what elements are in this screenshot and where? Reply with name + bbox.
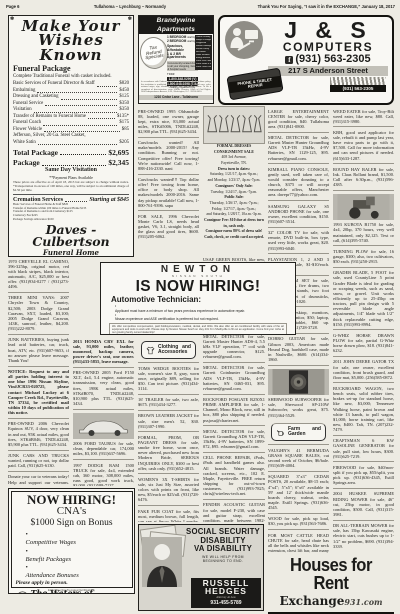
ad-text: Cars/trucks wanted!!! Top dollar offer! … — [138, 177, 199, 208]
classified-ad: FIREWOOD for sale, $40/non-split if you … — [333, 461, 394, 488]
ad-text: KIMBALL PIANO CONSOLE, gently used, well… — [268, 167, 329, 198]
classified-ad: FAKE FUR COAT for sale, fits most, mediu… — [138, 505, 199, 522]
tshirt-icon — [146, 346, 155, 355]
classified-ad: Applicant must have a minimum of two yea… — [115, 304, 285, 313]
ad-text: FREE Trash Pickup — [196, 66, 211, 69]
equal-housing-icon — [205, 100, 211, 104]
logo-mark — [330, 77, 386, 85]
classified-ad: 2004 HUSKEE SUPREME RIDING MOWER for sal… — [333, 488, 394, 520]
classified-ad: METAL DETECTOR for sale, Garrett Groundh… — [203, 425, 265, 452]
same-day-visitation: Same Day Visitation — [13, 167, 129, 175]
ad-text: G-WHIZ HORSE DRAWN PLOW for sale, partia… — [333, 333, 394, 354]
classified-ad: JUNK CARS AND TRUCKS wanted, running or … — [8, 450, 69, 471]
classified-ad: FOR SALE, 1996 Chevrolet Monte Carlo LS,… — [138, 210, 199, 242]
cna-headline: NOW HIRING! — [16, 493, 128, 507]
classified-ad: ROUND HAY BALER for sale, Ink. Claas Rol… — [333, 163, 394, 190]
newton-position: Automotive Technician: — [101, 295, 295, 305]
classified-column-6: WEED EATER for sale, Troy-Bilt weed eate… — [333, 106, 394, 550]
ad-text: 32" COLOR TV for sale, with remote, DVD … — [268, 230, 329, 251]
cna-benefits: Competitive WagesBenefit PackagesAttenda… — [16, 531, 128, 580]
tractor-photo — [333, 194, 394, 220]
ad-text: THREE MINI VANS: 2007 Chrysler Town & Co… — [8, 295, 69, 331]
js-address: 217 S Anderson Street — [268, 66, 388, 76]
classified-column-2: 2013 HONDA CRV EXL for sale, 93,000 mile… — [73, 336, 134, 486]
ad-text: VAUGHN'S 41 BERMUDA GRASS SQUARE BALES, … — [268, 448, 329, 469]
classified-ad: DR ALL-TERRAIN MOWER for sale, has 15hp … — [333, 520, 394, 550]
classified-ad: Attendance Bonuses — [26, 564, 128, 580]
section-header-clothing: Clothing and Accessories — [141, 341, 196, 359]
ad-text: 2004 HUSKEE SUPREME RIDING MOWER for sal… — [333, 491, 394, 517]
classified-ad: GRADER BLADE, 5 FOOT for sale, used Coun… — [333, 267, 394, 330]
ad-text: Cash, check, or credit card accepted. — [203, 235, 265, 241]
classified-column-3-upper: PRE-OWNED 1995 Oldsmobile 88, loaded, on… — [138, 106, 199, 258]
ad-text: FENDER ACOUSTIC GUITAR for sale, model F… — [203, 502, 265, 522]
watering-can-icon — [276, 428, 285, 437]
ad-text: Attendance Bonuses — [26, 572, 128, 580]
houses-for-rent-banner: Houses for Rent Exchange931.com — [268, 556, 394, 614]
classified-ad: KBH, good used applicator for sale, rebu… — [333, 126, 394, 163]
ad-text: BUCKBOARD WAGON, two bench seats, solid … — [333, 386, 394, 432]
section-header-farm: Farm and Garden — [271, 423, 326, 441]
ad-text: NOTICE: Request to any and all parties h… — [8, 369, 69, 415]
classified-ad: 16' TRAILER for sale, two axle, $675. (9… — [138, 394, 199, 410]
ad-text: JUNK BATTERIES, buying junk lead acid ba… — [8, 337, 69, 363]
classified-ad: CRAFTSMAN 6 KW GASOLINE GENERATOR for sa… — [333, 435, 394, 462]
attorney-name-box: RUSSELL HEDGES Attorney At Law 931-455-5… — [191, 578, 261, 608]
ad-text: FAKE FUR COAT for sale, fits most, mediu… — [138, 509, 199, 522]
classified-ad: FREE Trash Pickup — [196, 66, 211, 69]
payment-plans: **Payment Plans Available — [13, 175, 129, 180]
spacious-tagline: Spacious, Affordable 1 & 2 BR Apartments — [167, 45, 198, 61]
js-phone: (931) 563-2305 — [295, 53, 370, 66]
ad-text: and Monday, 1/23/17, 4p.m.-7p.m. — [203, 178, 265, 184]
classified-ad: Competitive Wages — [26, 531, 128, 547]
ad-text: Donate your car to veterans today! Help … — [8, 474, 69, 486]
ad-text: METAL DETECTOR for sale, Garrett Coinhun… — [203, 365, 265, 391]
js-footer-phone: (931) 563-2305 — [330, 85, 386, 92]
ad-text: 1970 CHEVELLE EL CAMINO, 396-325hp, orig… — [8, 259, 69, 290]
ad-text: 1997 DODGE RAM 1500 TRUCK for sale, 4x4,… — [73, 463, 134, 486]
dress-consignment-ad: FORMAL DRESSESCONSIGNMENT SALE408 3rd Av… — [203, 106, 265, 252]
classified-ad: ROCKFORD FOSGATE R250X1 PRIME AMPLIFIER … — [203, 394, 265, 426]
dresses-illustration — [203, 106, 265, 144]
dress-sale-schedule: FORMAL DRESSESCONSIGNMENT SALE408 3rd Av… — [203, 144, 265, 241]
classified-ad: JUNK BATTERIES, buying junk lead acid ba… — [8, 334, 69, 366]
wheelchair-icon — [197, 100, 203, 104]
newspaper-page: Page 6 Tullahoma – Lynchburg – Normandy … — [0, 0, 400, 614]
tdd-phone-v: 1-800-848-0299 (V) — [167, 77, 198, 81]
ad-text: LARGE ENTERTAINMENT CENTER for sale, che… — [268, 109, 329, 130]
ad-text: KBH, good used applicator for sale, rebu… — [333, 130, 394, 161]
classified-ad: 2013 HONDA CRV EXL for sale, 93,000 mile… — [73, 336, 134, 367]
ad-text: 2006 FORD TAURUS for sale, clean, depend… — [73, 441, 134, 456]
classified-ad: BROWN LEATHER JACKET for sale, size men'… — [138, 410, 199, 431]
classified-ad: 1997 DODGE RAM 1500 TRUCK for sale, 4x4,… — [73, 459, 134, 486]
funeral-home-ad: ✽ ✽ Make Your Wishes Known Funeral Packa… — [8, 15, 134, 257]
price-row: White Satin$205 — [13, 140, 129, 146]
ad-text: Cars/trucks wanted! All make/models 2000… — [138, 140, 199, 171]
location-tagline: Conveniently located close to all your s… — [167, 61, 198, 71]
classified-ad: PRE-OWNED 2006 Chevrolet Equinox SUV, 4 … — [8, 418, 69, 450]
ad-text: FORMAL, PROM, OR PAGEANT DRESS for sale,… — [138, 435, 199, 471]
funeral-price-list: Basic Services of Funeral Director & Sta… — [13, 81, 129, 146]
package-row: Package $2,345 — [13, 158, 129, 167]
ss-line3: VA DISABILITY — [183, 545, 263, 554]
classified-ad: 2011 JOHN DEERE GATOR TX for sale, one o… — [333, 356, 394, 383]
hearing-impaired-note: hearing impaired only — [167, 86, 198, 89]
brandywine-apartments-ad: Brandywine Apartments Tax Refund Special… — [138, 15, 214, 104]
ad-text: DOBRO GUITAR for sale, Gibson 2003, Amer… — [268, 336, 329, 362]
classified-ad: Cars/trucks wanted!!! Top dollar offer! … — [138, 174, 199, 211]
cna-position: CNA's — [16, 506, 128, 518]
newton-requirements: Applicant must have a minimum of two yea… — [101, 304, 295, 321]
funeral-package-heading: Funeral Package — [13, 64, 129, 74]
ad-text: Consignor Fee: $10 due at dress turn in,… — [203, 218, 265, 229]
classified-ad: METAL DETECTOR for sale, Garrett Coinhun… — [203, 362, 265, 394]
ad-text: TURNING PLOW for sale, 16 gauge, $300; a… — [333, 249, 394, 264]
brandywine-title: Brandywine Apartments — [139, 16, 213, 34]
ad-text: 2013 HONDA CRV EXL for sale, 93,000 mile… — [73, 339, 134, 365]
classified-ad: 1970 CHEVELLE EL CAMINO, 396-325hp, orig… — [8, 256, 69, 292]
ad-text: CELL PHONE REPAIR, iPods, iPads and hand… — [203, 455, 265, 496]
subwoofer-photo — [268, 369, 329, 395]
classified-ad: and Monday, 1/23/17, 4p.m.-7p.m. — [203, 178, 265, 184]
classified-ad: TURNING PLOW for sale, 16 gauge, $300; a… — [333, 245, 394, 266]
funeral-fine-print: These prices are effective as of April 1… — [13, 181, 129, 193]
repair-logo: (931) 563-2305 — [330, 77, 386, 92]
classified-ad: Benefit Packages — [26, 548, 128, 564]
classified-ad: FOR MOST CATTLE HEAD CHUTE for sale, hea… — [268, 529, 329, 554]
funeral-home-name: Daves - Culbertson — [13, 224, 129, 249]
ad-text: PRE-OWNED 1995 Oldsmobile 88, loaded, on… — [138, 109, 199, 135]
classified-ad: BUCKBOARD WAGON, two bench seats, solid … — [333, 382, 394, 434]
ad-text: Nissan experience and ASE certification … — [115, 317, 285, 321]
newton-fine-print: We offer competitive compensation, paid … — [109, 323, 287, 335]
page-region: Tullahoma – Lynchburg – Normandy — [0, 0, 260, 13]
ad-text: Benefit Packages — [26, 556, 128, 564]
houses-title: Houses for Rent — [273, 556, 389, 592]
ad-text: Thursday, 1/26/17, 4p.m.-7p.m.; — [203, 201, 265, 207]
classified-ad: KIMBALL PIANO CONSOLE, gently used, well… — [268, 163, 329, 200]
cna-hiring-ad: NOW HIRING! CNA's $1000 Sign on Bonus Co… — [8, 488, 135, 594]
ss-tagline: WE WILL HELP FROM BEGINNING TO END. — [183, 555, 263, 564]
classified-ad: WOMEN'S 3X T-SHIRTS for sale, six Just M… — [138, 473, 199, 505]
ad-text: METAL DETECTOR for sale, Garrett Master … — [268, 135, 329, 161]
flourish-icon: ✽ — [10, 16, 14, 22]
ad-text: METAL DETECTOR for sale, Garrett Groundh… — [203, 429, 265, 450]
newton-headline: IS NOW HIRING! — [101, 279, 295, 295]
classified-ad: Thursday, 1/26/17, 4p.m.-7p.m.; — [203, 201, 265, 207]
ad-text: WOMEN'S 3X T-SHIRTS for sale, six Just M… — [138, 477, 199, 503]
flourish-icon: ✽ — [128, 16, 132, 22]
page-header: Page 6 Tullahoma – Lynchburg – Normandy … — [0, 0, 400, 13]
ad-text: PRE-OWNED 2005 Ford F150 XLT, 4x4, 5.4 e… — [73, 370, 134, 406]
computer-repair-icon — [224, 20, 264, 76]
classified-ad: Consignor Fee: $10 due at dress turn in,… — [203, 218, 265, 229]
ad-text: WEED EATER for sale, Troy-Bilt weed eate… — [333, 109, 394, 124]
js-name: J & S — [268, 20, 388, 41]
classified-ad: G-WHIZ HORSE DRAWN PLOW for sale, partia… — [333, 329, 394, 356]
attorney-portrait — [142, 537, 182, 587]
classified-ad: Donate your car to veterans today! Help … — [8, 471, 69, 486]
classified-ad: LARGE ENTERTAINMENT CENTER for sale, che… — [268, 106, 329, 132]
classified-ad: Cars/trucks wanted! All make/models 2000… — [138, 137, 199, 174]
classified-ad: Nissan experience and ASE certification … — [115, 313, 285, 322]
classified-ad: WOOD for sale, pick up load, $30, you pi… — [268, 513, 329, 529]
ad-text: TOMS WEDGE BOOTIES for sale, women's siz… — [138, 366, 199, 392]
exchange-logo: Exchange931.com — [268, 592, 394, 610]
classified-column-1: 1970 CHEVELLE EL CAMINO, 396-325hp, orig… — [8, 256, 69, 486]
ad-text: SHERWOOD SUBWOOFER for sale, Sherwood SP… — [268, 397, 329, 418]
funeral-ad-title: Make Your Wishes Known — [13, 19, 129, 62]
ad-text: SQUARED 3"x3" CEDAR POSTS, 20 available,… — [268, 474, 329, 510]
funeral-package-intro: Complete Traditional Funeral with casket… — [13, 74, 129, 79]
ad-text: METAL DETECTOR for sale, Garrett Master … — [203, 334, 265, 360]
page-tagline: Thank You For Saying, “I saw it in the E… — [258, 0, 395, 13]
ad-text: CRAFTSMAN 6 KW GASOLINE GENERATOR for sa… — [333, 438, 394, 459]
ad-text: PRE-OWNED 2006 Chevrolet Equinox SUV, 4 … — [8, 421, 69, 447]
classified-ad: FORMAL, PROM, OR PAGEANT DRESS for sale,… — [138, 431, 199, 473]
ad-text: 1993 KUBOTA B1750 for sale, 4x4, 20hp, 3… — [333, 222, 394, 243]
classified-ad: FENDER ACOUSTIC GUITAR for sale, model F… — [203, 499, 265, 522]
disability-attorney-ad: SOCIAL SECURITY DISABILITY VA DISABILITY… — [138, 524, 264, 611]
classified-ad: SHERWOOD SUBWOOFER for sale, Sherwood SP… — [268, 365, 329, 421]
phone-tablet-repair-banner: PHONE & TABLET REPAIR — [229, 76, 282, 93]
attorney-phone: 931-455-5789 — [191, 600, 261, 607]
ad-text: 2011 JOHN DEERE GATOR TX for sale, one o… — [333, 359, 394, 380]
sedan-photo — [73, 413, 134, 439]
classified-ad: VAUGHN'S 41 BERMUDA GRASS SQUARE BALES, … — [268, 444, 329, 471]
total-package-row: Total Package $2,695 — [13, 148, 129, 157]
ad-text: FOR MOST CATTLE HEAD CHUTE for sale, hea… — [268, 533, 329, 554]
classified-ad: 32" COLOR TV for sale, with remote, DVD … — [268, 227, 329, 254]
js-computers-ad: J & S COMPUTERS f (931) 563-2305 217 S A… — [218, 15, 394, 105]
cna-bonus: $1000 Sign on Bonus — [16, 518, 128, 529]
classified-ad: WEED EATER for sale, Troy-Bilt weed eate… — [333, 106, 394, 126]
classified-ad: NOTICE: Request to any and all parties h… — [8, 366, 69, 418]
tdd-label: TDD#: — [167, 72, 198, 76]
classified-ad: TOMS WEDGE BOOTIES for sale, women's siz… — [138, 362, 199, 394]
classified-ad: 1993 KUBOTA B1750 for sale, 4x4, 20hp, 3… — [333, 190, 394, 246]
balloon-graphic: Tax Refund Specials — [138, 35, 170, 71]
classified-ad: Cash, check, or credit card accepted. — [203, 235, 265, 241]
classified-ad: THREE MINI VANS: 2007 Chrysler Town & Co… — [8, 292, 69, 334]
newton-nissan-hiring-ad: NEWTON NISSAN SOUTH IS NOW HIRING! Autom… — [100, 262, 296, 335]
facebook-icon: f — [285, 56, 293, 64]
cremation-fine-print: Basic Services of Funeral Home & Staff $… — [13, 203, 129, 222]
classified-ad: SQUARED 3"x3" CEDAR POSTS, 20 available,… — [268, 471, 329, 513]
ad-text: ROUND HAY BALER for sale, Ink. Claas Rol… — [333, 167, 394, 188]
swan-logo-icon — [16, 591, 29, 594]
classified-ad: METAL DETECTOR for sale, Garrett Master … — [268, 132, 329, 164]
ad-text: 16' TRAILER for sale, two axle, $675. (9… — [138, 397, 199, 407]
classified-column-3-lower: Clothing and AccessoriesTOMS WEDGE BOOTI… — [138, 338, 199, 522]
classified-ad: PRE-OWNED 1995 Oldsmobile 88, loaded, on… — [138, 106, 199, 137]
ad-text: WOOD for sale, pick up load, $30, you pi… — [268, 516, 329, 526]
classified-ad: SAMSUNG GALAXY S5 ANDROID PHONE for sale… — [268, 200, 329, 227]
classified-ad: DOBRO GUITAR for sale, Gibson 2003, Amer… — [268, 333, 329, 365]
ad-text: JUNK CARS AND TRUCKS wanted, running or … — [8, 453, 69, 468]
ad-text: DR ALL-TERRAIN MOWER for sale, has 15hp … — [333, 523, 394, 549]
classified-ad: 2006 FORD TAURUS for sale, clean, depend… — [73, 409, 134, 459]
js-subtitle: COMPUTERS — [268, 41, 388, 54]
ad-text: FIREWOOD for sale, $40/non-split if you … — [333, 465, 394, 486]
amenities-list: Central LaundryRange & RefrigeratorPlayg… — [195, 35, 212, 70]
ad-text: SAMSUNG GALAXY S5 ANDROID PHONE for sale… — [268, 204, 329, 225]
ad-text: BROWN LEATHER JACKET for sale, size men'… — [138, 413, 199, 428]
ad-text: Competitive Wages — [26, 539, 128, 547]
ad-text: GRADER BLADE, 5 FOOT for sale, used Coun… — [333, 270, 394, 327]
classified-ad: CELL PHONE REPAIR, iPods, iPads and hand… — [203, 452, 265, 499]
ad-text: FOR SALE, 1996 Chevrolet Monte Carlo LS,… — [138, 214, 199, 240]
ad-text: ROCKFORD FOSGATE R250X1 PRIME AMPLIFIER … — [203, 397, 265, 423]
classified-ad: PRE-OWNED 2005 Ford F150 XLT, 4x4, 5.4 e… — [73, 367, 134, 409]
